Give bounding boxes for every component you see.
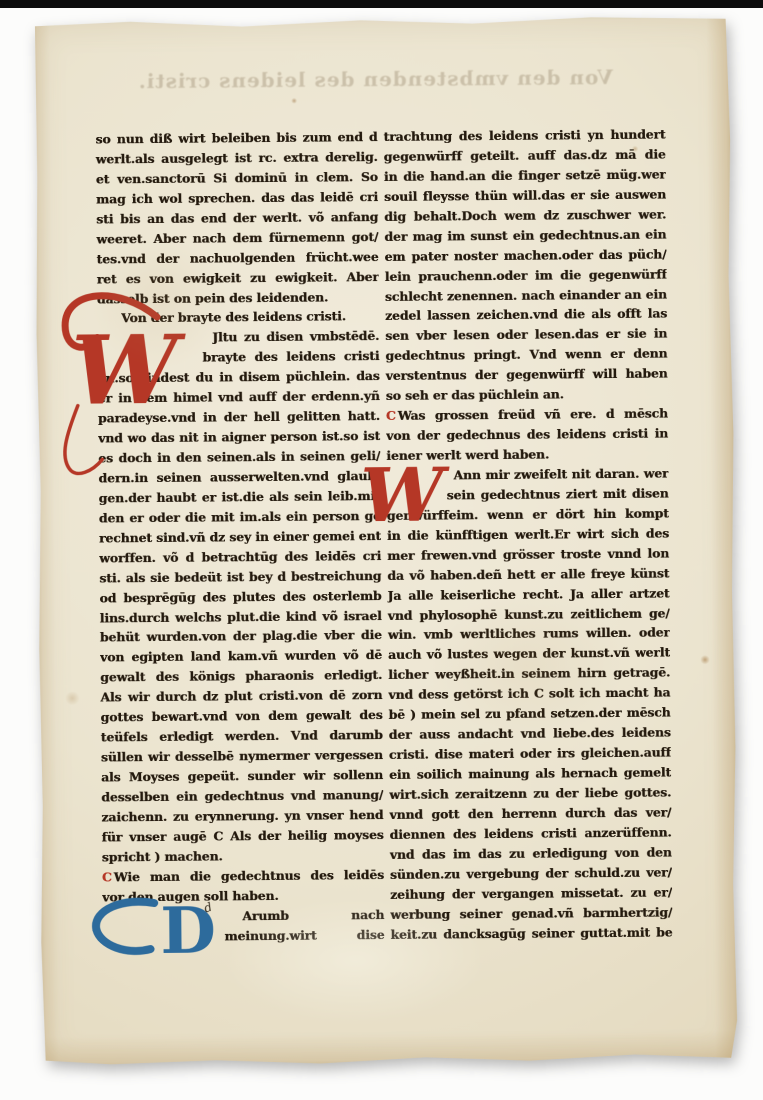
text-line: sen vber lesen oder lesen.das er sie in … xyxy=(385,324,667,346)
text-line: Arumb nach gleichnus der selbē xyxy=(242,905,384,926)
text-line: ret es von ewigkeit zu ewigkeit. Aber xyxy=(97,267,379,289)
text-line: genwürffeim. wenn er dört hin kompt xyxy=(387,503,669,525)
text-line: gedechtnus pringt. Vnd wenn er denn xyxy=(385,344,667,366)
text-line: vnd dess getörst ich C solt ich macht ha xyxy=(388,683,670,705)
text-line: et ven.sanctorū Si dominū in clem. So xyxy=(96,167,378,189)
text-line: mag ich wol sprechen. das das leidē cri xyxy=(96,187,378,209)
text-line: tes.vnd der nachuolgenden frücht.wee xyxy=(96,247,378,269)
text-line: gegenwürff geteilt. auff das.dz mā die xyxy=(384,144,666,166)
text-line: ein soilich mainung als hernach gemelt xyxy=(389,763,671,785)
text-line: iener werlt werd haben. xyxy=(386,444,668,466)
text-line: der mag im sunst ein gedechtnus.an ein xyxy=(384,224,666,246)
text-line: vnd das im das zu erledigung von den xyxy=(390,842,672,864)
text-line: brayte des leidens cristi bedenck xyxy=(202,346,379,367)
text-line: sein gedechtnus ziert mit disen ge xyxy=(447,483,669,505)
rubric-paragraph-mark: C xyxy=(386,408,396,423)
text-line: vnd phylosophē kunst.zu zeitlichem ge/ xyxy=(388,603,670,625)
text-line: cristi. dise materi oder irs gleichen.au… xyxy=(389,743,671,765)
text-line: in die künfftigen werlt.Er wirt sich des xyxy=(387,523,669,545)
text-line: sünden.zu vergebung der schuld.zu ver/ xyxy=(390,862,672,884)
text-line: bē ) mein sel zu pfand setzen.der mēsch xyxy=(388,703,670,725)
text-line: so nun diß wirt beleiben bis zum end d xyxy=(95,127,377,149)
text-line: souil fleysse thün will.das er sie auswe… xyxy=(384,184,666,206)
parchment-page: Von den vmbstenden des leidens cristi. s… xyxy=(32,14,739,1068)
text-line: Ann mir zweifelt nit daran. wer xyxy=(453,463,668,485)
text-line: en.so vindest du in disem püchlein. das xyxy=(97,366,379,388)
text-line: mer frewen.vnd grösser troste vnnd lon xyxy=(387,543,669,565)
text-line: trachtung des leidens cristi yn hundert xyxy=(383,125,665,147)
text-line: dern.in seinen ausserwelten.vnd glaubi xyxy=(98,466,380,488)
right-text-column: trachtung des leidens cristi yn hundertg… xyxy=(383,125,672,945)
text-line: gen.der haubt er ist.die als sein leib.m… xyxy=(99,486,381,508)
text-line: von egipten land kam.vñ wurden võ dē xyxy=(100,645,382,667)
text-line: win. vmb werltliches rums willen. oder xyxy=(388,623,670,645)
text-line: vor den augen soll haben. xyxy=(102,885,384,907)
text-line: keit.zu dancksagūg seiner guttat.mit be xyxy=(390,922,672,944)
text-line: licher weyßheit.in seinem hirn getragē. xyxy=(388,663,670,685)
text-line: von der gedechnus des leidens cristi in xyxy=(386,424,668,446)
scan-border-bar xyxy=(0,0,763,8)
text-line: diennen des leidens cristi anzerüffenn. xyxy=(389,822,671,844)
text-line: werlt.als ausgelegt ist rc. extra dereli… xyxy=(96,147,378,169)
text-line: sti bis an das end der werlt. võ anfang xyxy=(96,207,378,229)
text-line: so seh er das püchlein an. xyxy=(386,384,668,406)
text-line: wirt.sich zeraitzenn zu der liebe gottes… xyxy=(389,782,671,804)
text-line: paradeyse.vnd in der hell gelitten hatt. xyxy=(98,406,380,428)
text-line: werbung seiner genad.vñ barmhertzig/ xyxy=(390,902,672,924)
text-line: gewalt des königs pharaonis erledigt. xyxy=(100,665,382,687)
text-line: dasselb ist on pein des leidenden. xyxy=(97,287,379,309)
text-line: vnnd gott den herrenn durch das ver/ xyxy=(389,802,671,824)
text-line: dig behalt.Doch wem dz zuschwer wer. xyxy=(384,204,666,226)
text-line: auch võ lustes wegen der kunst.vñ werlt xyxy=(388,643,670,665)
text-line: spricht ) machen. xyxy=(102,845,384,867)
text-line: lins.durch welchs plut.die kind võ israe… xyxy=(100,606,382,628)
text-line: in die hand.an die finger setzē müg.wer xyxy=(384,164,666,186)
text-line: sti. als sie bedeüt ist bey d bestreichu… xyxy=(99,566,381,588)
text-line: behüt wurden.von der plag.die vber die xyxy=(100,625,382,647)
text-line: teüfels erledigt werden. Vnd darumb xyxy=(101,725,383,747)
foxing-spot xyxy=(64,692,80,705)
text-line: Als wir durch dz plut cristi.von dē zorn xyxy=(100,685,382,707)
showthrough-heading: Von den vmbstenden des leidens cristi. xyxy=(143,65,613,95)
foxing-spot xyxy=(700,655,710,664)
manuscript-leaf: Von den vmbstenden des leidens cristi. s… xyxy=(32,14,739,1068)
text-line: zaichenn. zu erynnerung. yn vnser hend xyxy=(101,805,383,827)
left-text-column: so nun diß wirt beleiben bis zum end dwe… xyxy=(95,127,384,947)
text-line: es doch in den seinen.als in seinen geli… xyxy=(98,446,380,468)
rubric-paragraph-mark: C xyxy=(102,869,112,884)
text-line: Ja alle keiserliche recht. Ja aller artz… xyxy=(387,583,669,605)
text-line: Von der brayte des leidens cristi. xyxy=(121,306,379,328)
text-line: lein prauchenn.oder im die gegenwürff xyxy=(385,264,667,286)
text-line: rechnet sind.vñ dz sey in einer gemei en… xyxy=(99,526,381,548)
foxing-spot xyxy=(291,98,297,104)
text-line: zeihung der vergangen missetat. zu er/ xyxy=(390,882,672,904)
text-line: CWas grossen freüd vñ ere. d mēsch xyxy=(386,404,668,426)
text-line: CWie man die gedechtnus des leidēs xyxy=(102,865,384,887)
text-line: der auss andacht vnd liebe.des leidens xyxy=(389,723,671,745)
text-line: Jltu zu disen vmbstēdē. auch die xyxy=(212,326,379,347)
text-line: gottes bewart.vnd von dem gewalt des xyxy=(100,705,382,727)
text-line: er in dem himel vnd auff der erdenn.yñ xyxy=(98,386,380,408)
text-line: für vnser augē C Als der heilig moyses xyxy=(101,825,383,847)
text-line: süllen wir desselbē nymermer vergessen xyxy=(101,745,383,767)
text-line: schlecht zenennen. nach einander an ein xyxy=(385,284,667,306)
text-line: den er oder die mit im.als ein person ge xyxy=(99,506,381,528)
text-line: worffen. võ d betrachtūg des leidēs cri xyxy=(99,546,381,568)
text-line: als Moyses gepeüt. sunder wir sollenn xyxy=(101,765,383,787)
text-line: zedel lassen zeichen.vnd die als offt la… xyxy=(385,304,667,326)
text-line: meinung.wirt dise materi der be/ xyxy=(224,925,384,946)
text-line: verstentnus der gegenwürff will haben xyxy=(385,364,667,386)
text-line: weeret. Aber nach dem fürnemenn got/ xyxy=(96,227,378,249)
text-line: od besprēgūg des plutes des osterlemb xyxy=(99,586,381,608)
text-line: em pater noster machen.oder das püch/ xyxy=(384,244,666,266)
text-line: vnd wo das nit in aigner person ist.so i… xyxy=(98,426,380,448)
text-line: desselben ein gedechtnus vnd manung/ xyxy=(101,785,383,807)
text-line: da võ haben.deñ hett er alle freye künst xyxy=(387,563,669,585)
